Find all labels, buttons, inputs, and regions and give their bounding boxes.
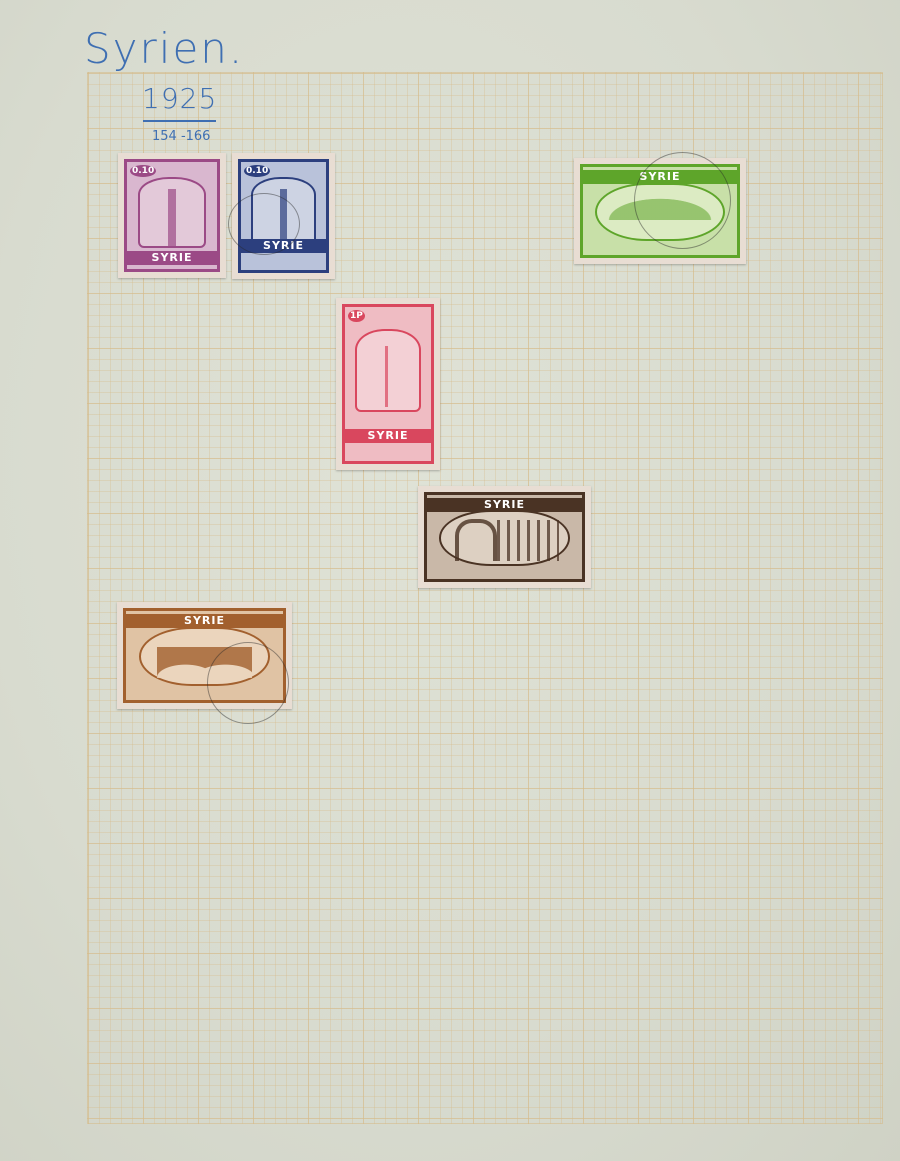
denomination: 1P [348,310,365,322]
year-underline [143,120,216,122]
stamp-brown-palmyra: 2P SYRIE [418,486,591,588]
postmark [228,193,300,255]
page-heading: Syrien. [84,24,244,73]
denomination: 0.10 [130,165,156,177]
postmark [634,152,731,249]
page-year: 1925 [142,82,217,115]
stamp-blue-minaret: 0.10 SYRIE [232,153,335,279]
postmark [207,642,289,724]
country-label: SYRIE [427,498,582,512]
stamp-green-harbour: 0.50 SYRIE [574,158,746,264]
country-label: SYRIE [345,429,431,443]
denomination: 0.10 [244,165,270,177]
country-label: SYRIE [127,251,217,265]
country-label: SYRIE [126,614,283,628]
stamp-brown-bridge: 3P SYRIE [117,602,292,709]
catalog-range: 154 -166 [152,129,210,144]
stamp-red-mosque: 1P SYRIE [336,298,440,470]
album-page: Syrien. 1925 154 -166 0.10 SYRIE 0.10 SY… [0,0,900,1161]
stamp-purple-minaret: 0.10 SYRIE [118,153,226,278]
